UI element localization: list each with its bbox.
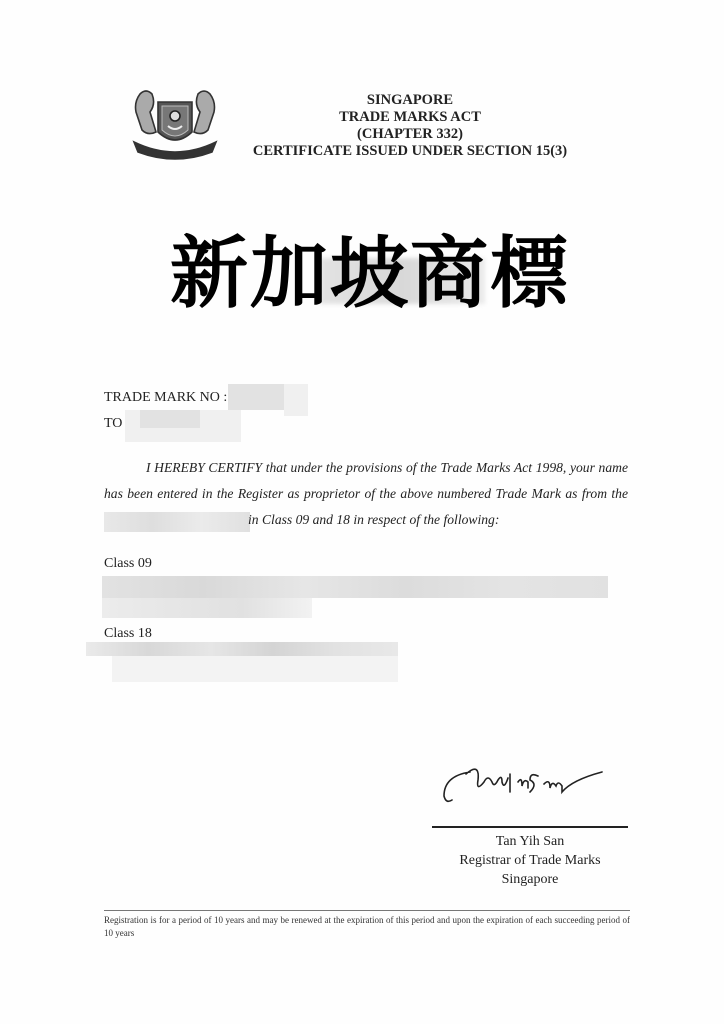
- date-redaction: [104, 512, 250, 532]
- class-09-goods-redaction: [102, 598, 312, 618]
- header-chapter: (CHAPTER 332): [230, 126, 590, 143]
- overlay-title: 新加坡商標: [150, 226, 590, 322]
- class-09-label: Class 09: [104, 556, 152, 572]
- class-18-goods-redaction: [112, 656, 398, 682]
- header-section: CERTIFICATE ISSUED UNDER SECTION 15(3): [220, 143, 600, 160]
- class-18-goods-redaction: [86, 642, 398, 656]
- class-09-goods-redaction: [102, 576, 608, 598]
- header-act: TRADE MARKS ACT: [230, 109, 590, 126]
- footnote-divider: [104, 910, 630, 911]
- registrar-country: Singapore: [432, 870, 628, 889]
- registrar-signature-icon: [440, 760, 620, 810]
- trade-mark-no-label: TRADE MARK NO :: [104, 390, 227, 406]
- header-country: SINGAPORE: [230, 92, 590, 109]
- singapore-crest-icon: [128, 86, 222, 162]
- registrar-name: Tan Yih San: [432, 832, 628, 851]
- registration-footnote: Registration is for a period of 10 years…: [104, 914, 630, 940]
- class-18-label: Class 18: [104, 626, 152, 642]
- trade-mark-no-redaction: [228, 384, 284, 410]
- registrar-title: Registrar of Trade Marks: [432, 851, 628, 870]
- certification-line-3: in Class 09 and 18 in respect of the fol…: [248, 507, 628, 533]
- certification-line-1: I HEREBY CERTIFY that under the provisio…: [104, 455, 628, 481]
- certification-line-2: has been entered in the Register as prop…: [104, 481, 628, 507]
- to-redaction: [140, 410, 200, 428]
- signature-line: [432, 826, 628, 828]
- trade-mark-no-redaction: [284, 384, 308, 416]
